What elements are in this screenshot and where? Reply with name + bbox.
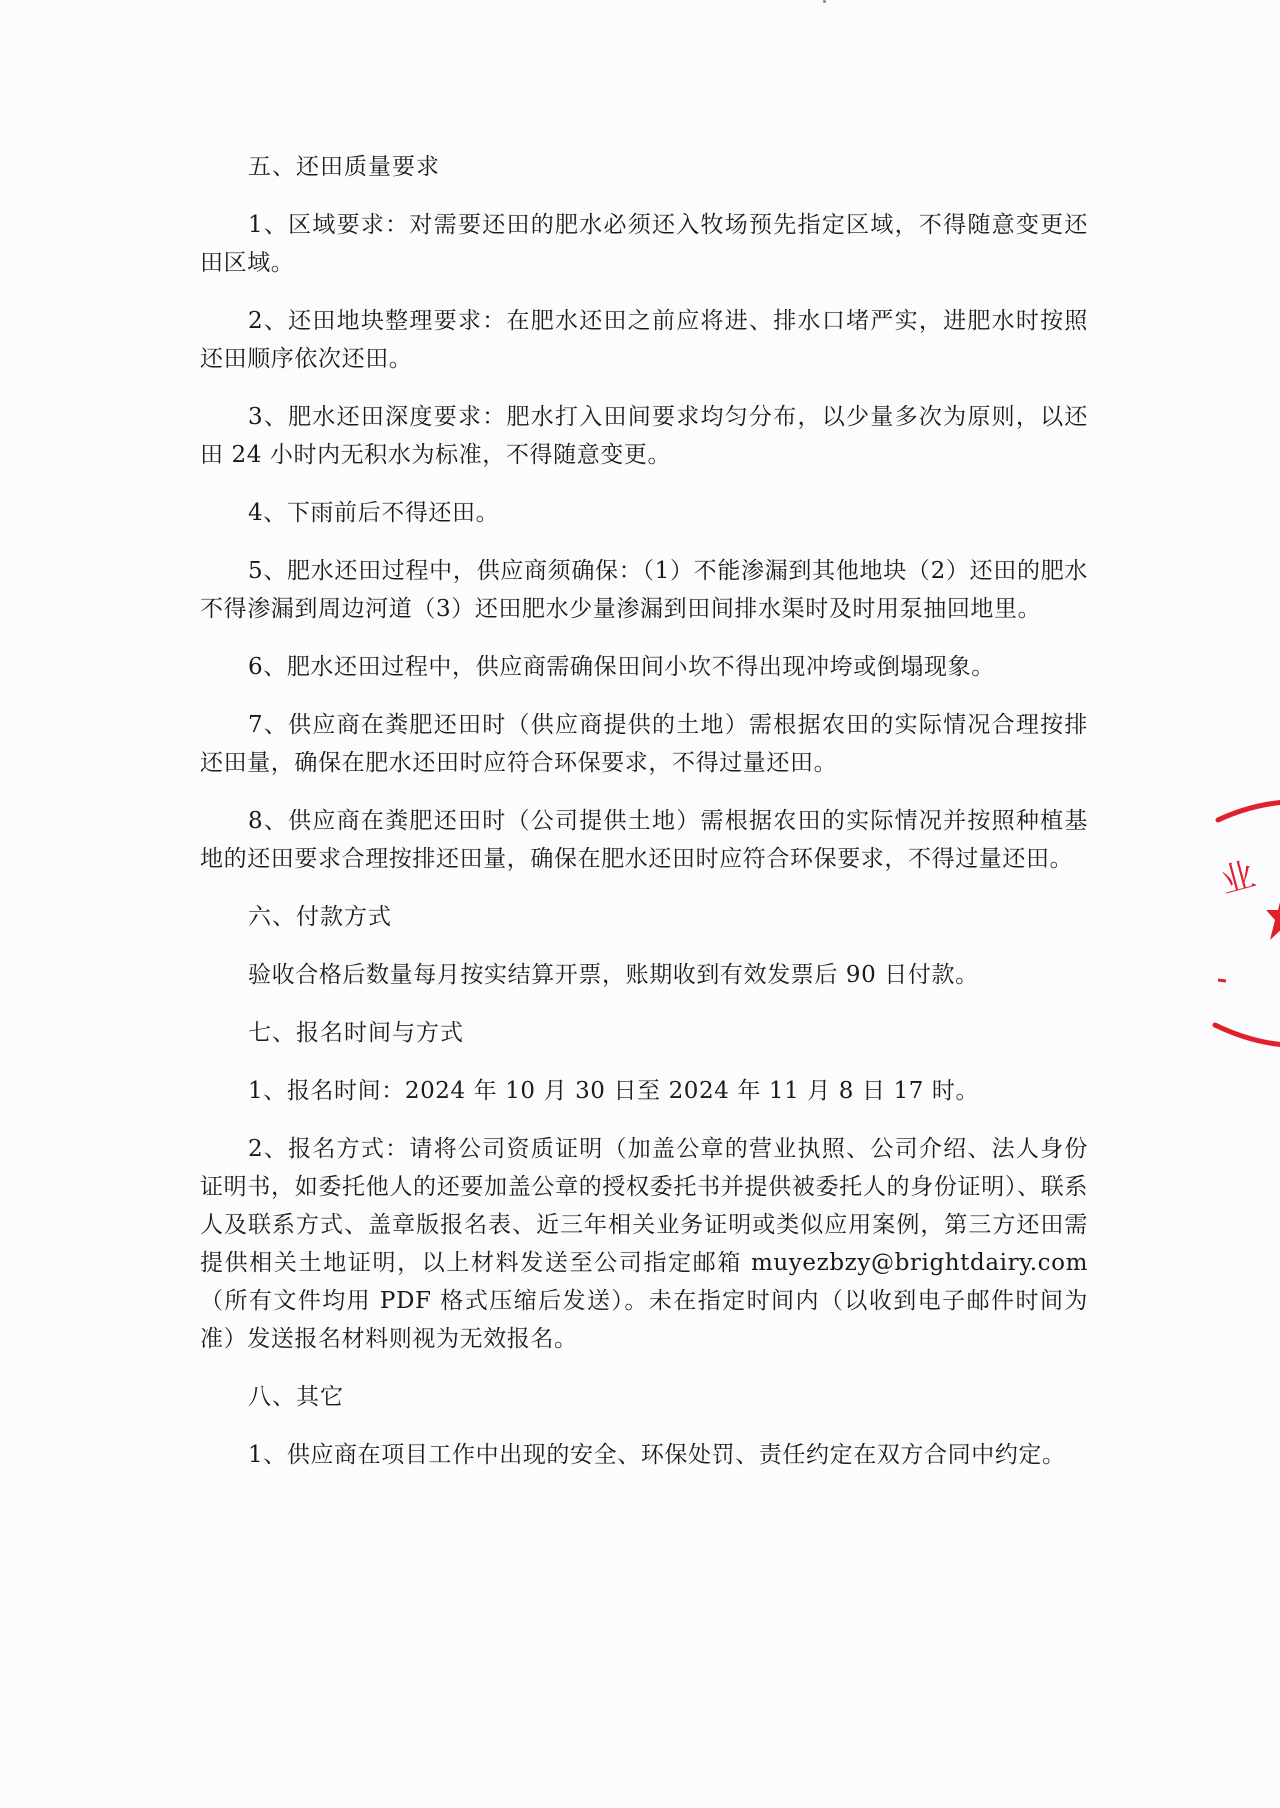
paragraph-leak-prevention: 5、肥水还田过程中，供应商须确保：（1）不能渗漏到其他地块（2）还田的肥水不得渗… (200, 552, 1088, 628)
paragraph-rain-rule: 4、下雨前后不得还田。 (200, 494, 1088, 532)
document-body: 五、还田质量要求 1、区域要求：对需要还田的肥水必须还入牧场预先指定区域，不得随… (200, 148, 1088, 1494)
section-heading-registration: 七、报名时间与方式 (200, 1014, 1088, 1052)
paragraph-depth-requirement: 3、肥水还田深度要求：肥水打入田间要求均匀分布，以少量多次为原则，以还田 24 … (200, 398, 1088, 474)
paragraph-supplier-land: 7、供应商在粪肥还田时（供应商提供的土地）需根据农田的实际情况合理按排还田量，确… (200, 706, 1088, 782)
company-seal-stamp: 业 (1210, 780, 1280, 1050)
section-heading-other: 八、其它 (200, 1378, 1088, 1416)
document-page: 五、还田质量要求 1、区域要求：对需要还田的肥水必须还入牧场预先指定区域，不得随… (0, 0, 1280, 1808)
stamp-char: 业 (1216, 855, 1259, 902)
section-heading-quality: 五、还田质量要求 (200, 148, 1088, 186)
paragraph-registration-method: 2、报名方式：请将公司资质证明（加盖公章的营业执照、公司介绍、法人身份证明书，如… (200, 1130, 1088, 1358)
paragraph-plot-preparation: 2、还田地块整理要求：在肥水还田之前应将进、排水口堵严实，进肥水时按照还田顺序依… (200, 302, 1088, 378)
paragraph-company-land: 8、供应商在粪肥还田时（公司提供土地）需根据农田的实际情况并按照种植基地的还田要… (200, 802, 1088, 878)
paragraph-liability: 1、供应商在项目工作中出现的安全、环保处罚、责任约定在双方合同中约定。 (200, 1436, 1088, 1474)
section-heading-payment: 六、付款方式 (200, 898, 1088, 936)
paragraph-embankment: 6、肥水还田过程中，供应商需确保田间小坎不得出现冲垮或倒塌现象。 (200, 648, 1088, 686)
scan-mark (823, 0, 826, 3)
paragraph-area-requirement: 1、区域要求：对需要还田的肥水必须还入牧场预先指定区域，不得随意变更还田区域。 (200, 206, 1088, 282)
paragraph-payment-terms: 验收合格后数量每月按实结算开票，账期收到有效发票后 90 日付款。 (200, 956, 1088, 994)
paragraph-registration-time: 1、报名时间：2024 年 10 月 30 日至 2024 年 11 月 8 日… (200, 1072, 1088, 1110)
